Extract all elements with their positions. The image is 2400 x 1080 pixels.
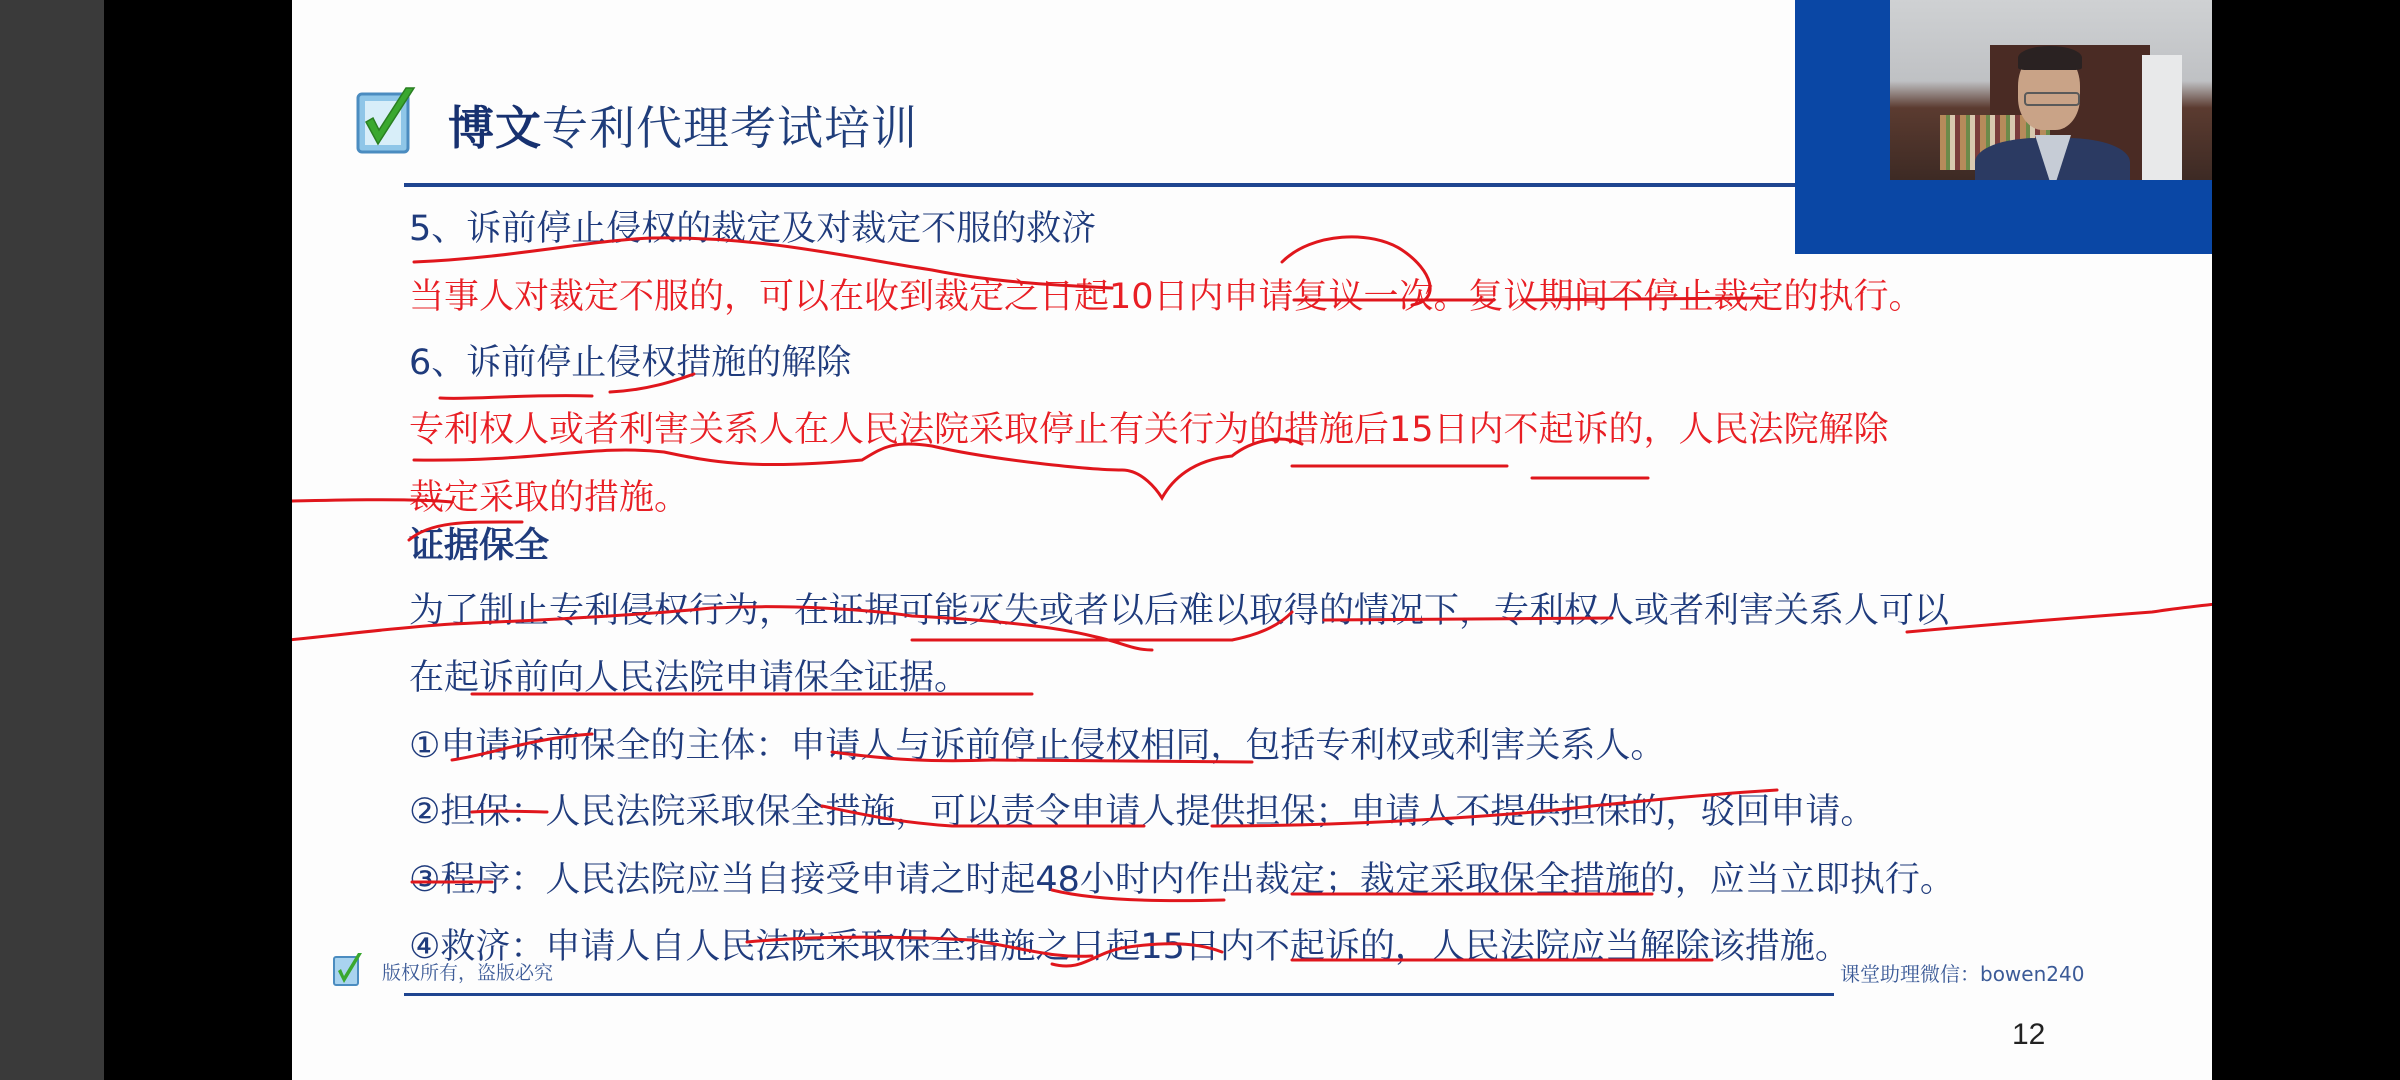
item-2-guarantee: ②担保：人民法院采取保全措施，可以责令申请人提供担保；申请人不提供担保的，驳回申… [409,790,1875,834]
footer-checkmark-icon [332,951,364,987]
page-number: 12 [2012,1018,2045,1052]
brand-title-rest: 专利代理考试培训 [542,101,918,155]
evidence-body-line-2: 在起诉前向人民法院申请保全证据。 [409,656,969,700]
wall-pillar [2142,55,2182,180]
item-1-subject: ①申请诉前保全的主体：申请人与诉前停止侵权相同，包括专利权或利害关系人。 [409,724,1665,768]
webcam-frame [1795,0,2212,254]
item-4-remedy: ④救济：申请人自人民法院采取保全措施之日起15日内不起诉的，人民法院应当解除该措… [409,925,1850,969]
copyright-notice: 版权所有，盗版必究 [382,958,553,985]
section-5-body: 当事人对裁定不服的，可以在收到裁定之日起10日内申请复议一次。复议期间不停止裁定… [409,275,1924,319]
header-divider [404,183,1824,187]
right-letterbox [2212,0,2400,1080]
checkmark-logo-icon [354,84,418,156]
evidence-heading: 证据保全 [409,524,549,568]
presenter-video [1890,0,2212,180]
section-6-heading: 6、诉前停止侵权措施的解除 [409,341,851,385]
left-letterbox [104,0,292,1080]
assistant-wechat: 课堂助理微信：bowen240 [1840,958,2084,987]
brand-title: 博文专利代理考试培训 [448,92,918,158]
presenter-glasses [2024,92,2080,106]
presentation-slide: 博文专利代理考试培训 5、诉前停止侵权的裁定及对裁定不服的救济 当事人对裁定不服… [292,0,2212,1080]
item-3-procedure: ③程序：人民法院应当自接受申请之时起48小时内作出裁定；裁定采取保全措施的，应当… [409,858,1955,902]
footer-divider [404,993,1834,996]
left-gray-bar [0,0,104,1080]
presenter-hair [2018,46,2082,70]
section-6-body-line-1: 专利权人或者利害关系人在人民法院采取停止有关行为的措施后15日内不起诉的，人民法… [409,408,1889,452]
brand-title-bold: 博文 [448,101,542,155]
section-5-heading: 5、诉前停止侵权的裁定及对裁定不服的救济 [409,207,1096,251]
evidence-body-line-1: 为了制止专利侵权行为，在证据可能灭失或者以后难以取得的情况下，专利权人或者利害关… [409,589,1949,633]
section-6-body-line-2: 裁定采取的措施。 [409,476,689,520]
